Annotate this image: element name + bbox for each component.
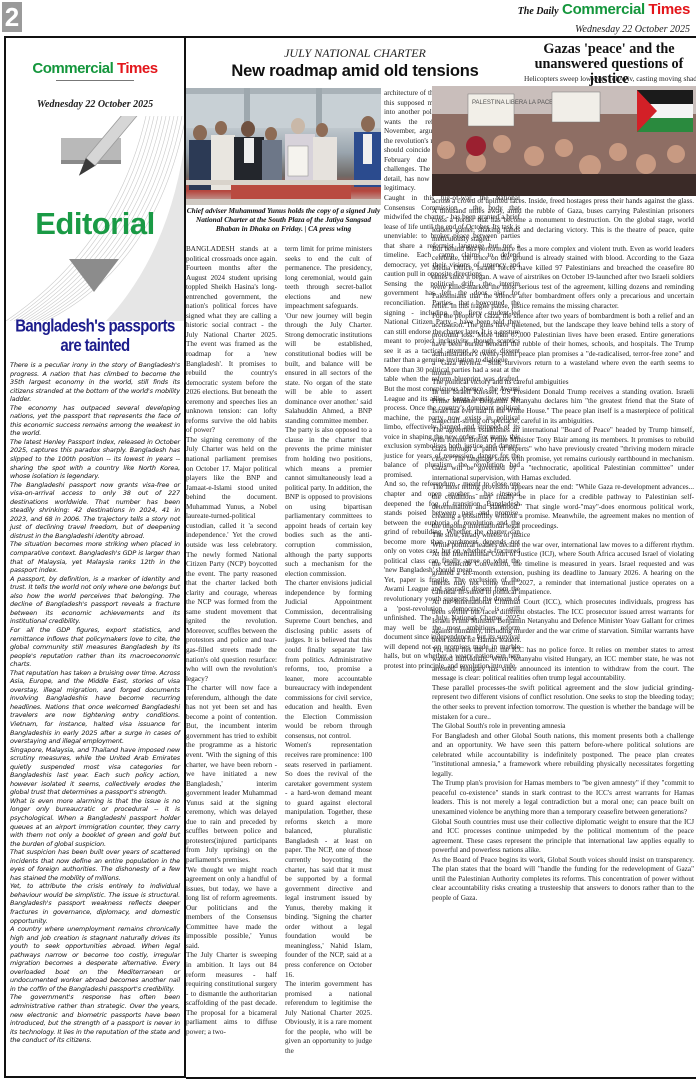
article-paragraph: Women's representation receives rare pro… (285, 741, 372, 980)
protest-sign (468, 94, 514, 126)
article-column-2: term limit for prime ministers seeks to … (285, 245, 372, 1056)
editorial-paragraph: Yet, to attribute the crisis entirely to… (10, 882, 180, 925)
bottom-divider (186, 1077, 696, 1079)
article-paragraph: Global South countries must use their co… (432, 818, 694, 856)
article-paragraph: The July Charter is sweeping in ambition… (186, 951, 277, 1037)
article-paragraph: For Bangladesh and other Global South na… (432, 732, 694, 780)
brand-commercial: Commercial (562, 1, 645, 18)
editorial-paragraph: There is a peculiar irony in the story o… (10, 361, 180, 404)
down-arrow-icon (69, 259, 119, 292)
article-paragraph: But behind this performance lies a more … (432, 245, 694, 312)
editorial-paragraph: The government's response has often been… (10, 993, 180, 1044)
editorial-sidebar: Commercial Times Wednesday 22 October 20… (4, 38, 186, 1078)
editorial-headline: Bangladesh's passports are tainted (6, 316, 184, 355)
article-kicker: JULY NATIONAL CHARTER (190, 46, 520, 61)
article-paragraph: term limit for prime ministers seeks to … (285, 245, 372, 312)
editorial-section-label: Editorial (6, 206, 184, 242)
article-subhead: The Global South's role in preventing am… (432, 722, 694, 732)
masthead: The Daily Commercial Times Wednesday 22 … (518, 2, 690, 35)
article-paragraph: As the Board of Peace begins its work, G… (432, 856, 694, 904)
gaza-protest-photo: PALESTINA LIBERA LA PACE (432, 86, 696, 196)
article-paragraph: The charter will now face a referendum, … (186, 684, 277, 865)
article-paragraph: 'Our new journey will begin through the … (285, 312, 372, 427)
editorial-date: Wednesday 22 October 2025 (6, 99, 184, 110)
editorial-paragraph: The latest Henley Passport Index, releas… (10, 438, 180, 481)
editorial-paragraph: The Bangladeshi passport now grants visa… (10, 481, 180, 541)
article-paragraph: BANGLADESH stands at a political crossro… (186, 245, 277, 436)
article-paragraph: The Trump plan's provision for Hamas mem… (432, 779, 694, 817)
editorial-paragraph: What is even more alarming is that the i… (10, 797, 180, 848)
photo-illustration: PALESTINA LIBERA LA PACE (432, 86, 696, 196)
editorial-artwork: Editorial (6, 116, 184, 321)
article-headline: New roadmap amid old tensions (190, 62, 520, 81)
editorial-body: There is a peculiar irony in the story o… (6, 361, 184, 1045)
editorial-paragraph: That reputation has taken a bruising ove… (10, 669, 180, 746)
article-paragraph: Yet, here lies the rub: the ICC has no p… (432, 646, 694, 684)
brand-times: Times (648, 1, 690, 18)
article-subhead: The slow, steady wheels of justice (432, 531, 694, 541)
brand-underline (56, 80, 134, 81)
brand-commercial: Commercial (32, 60, 113, 77)
editorial-paragraph: The economy has outpaced several develop… (10, 404, 180, 438)
brand-prefix: The Daily (518, 6, 559, 17)
photo-illustration (186, 88, 381, 205)
article-paragraph: The charter envisions judicial independe… (285, 579, 372, 741)
article-paragraph: In the Israeli Knesset, US President Don… (432, 388, 694, 426)
editorial-paragraph: For all the GDP figures, export statisti… (10, 626, 180, 669)
article-paragraph: At the International Criminal Court (ICC… (432, 598, 694, 646)
editorial-paragraph: A passport, by definition, is a marker o… (10, 575, 180, 626)
editorial-paragraph: The situation becomes more striking when… (10, 540, 180, 574)
brand-times: Times (117, 60, 158, 77)
editorial-paragraph: A country where unemployment remains chr… (10, 925, 180, 993)
protest-sign-text: PALESTINA LIBERA LA PACE (472, 100, 553, 106)
article-column-1: BANGLADESH stands at a political crossro… (186, 245, 277, 1037)
article-paragraph: The party is also opposed to a clause in… (285, 426, 372, 579)
article-paragraph: across a crowd of uplifted faces. Inside… (432, 197, 694, 245)
issue-date: Wednesday 22 October 2025 (518, 24, 690, 35)
article-paragraph: The agreement establishes an internation… (432, 426, 694, 483)
gaza-lede: Helicopters sweep low over Tel Aviv, cas… (524, 74, 696, 83)
article-paragraph: The most telling provision appears near … (432, 483, 694, 531)
article-paragraph: For the people of Gaza, the silence afte… (432, 312, 694, 379)
newspaper-logo: The Daily Commercial Times (518, 2, 690, 20)
editorial-brand: Commercial Times (6, 60, 184, 77)
article-subhead: The political victory and its careful am… (432, 378, 694, 388)
article-paragraph: While political leaders declare the war … (432, 541, 694, 598)
palestinian-flag (637, 90, 693, 132)
charter-signing-photo (186, 88, 381, 205)
page-number: 2 (2, 2, 22, 32)
article-paragraph: The interim government has promised a na… (285, 980, 372, 1056)
photo-caption: Chief adviser Muhammad Yunus holds the c… (186, 206, 381, 233)
article-paragraph: The signing ceremony of the July Charter… (186, 436, 277, 684)
gaza-body: across a crowd of uplifted faces. Inside… (432, 197, 694, 903)
editorial-paragraph: Singapore, Malaysia, and Thailand have i… (10, 746, 180, 797)
editorial-paragraph: That suspicion has been built over years… (10, 848, 180, 882)
article-paragraph: 'We thought we might reach agreement on … (186, 866, 277, 952)
article-paragraph: These parallel processes-the swift polit… (432, 684, 694, 722)
